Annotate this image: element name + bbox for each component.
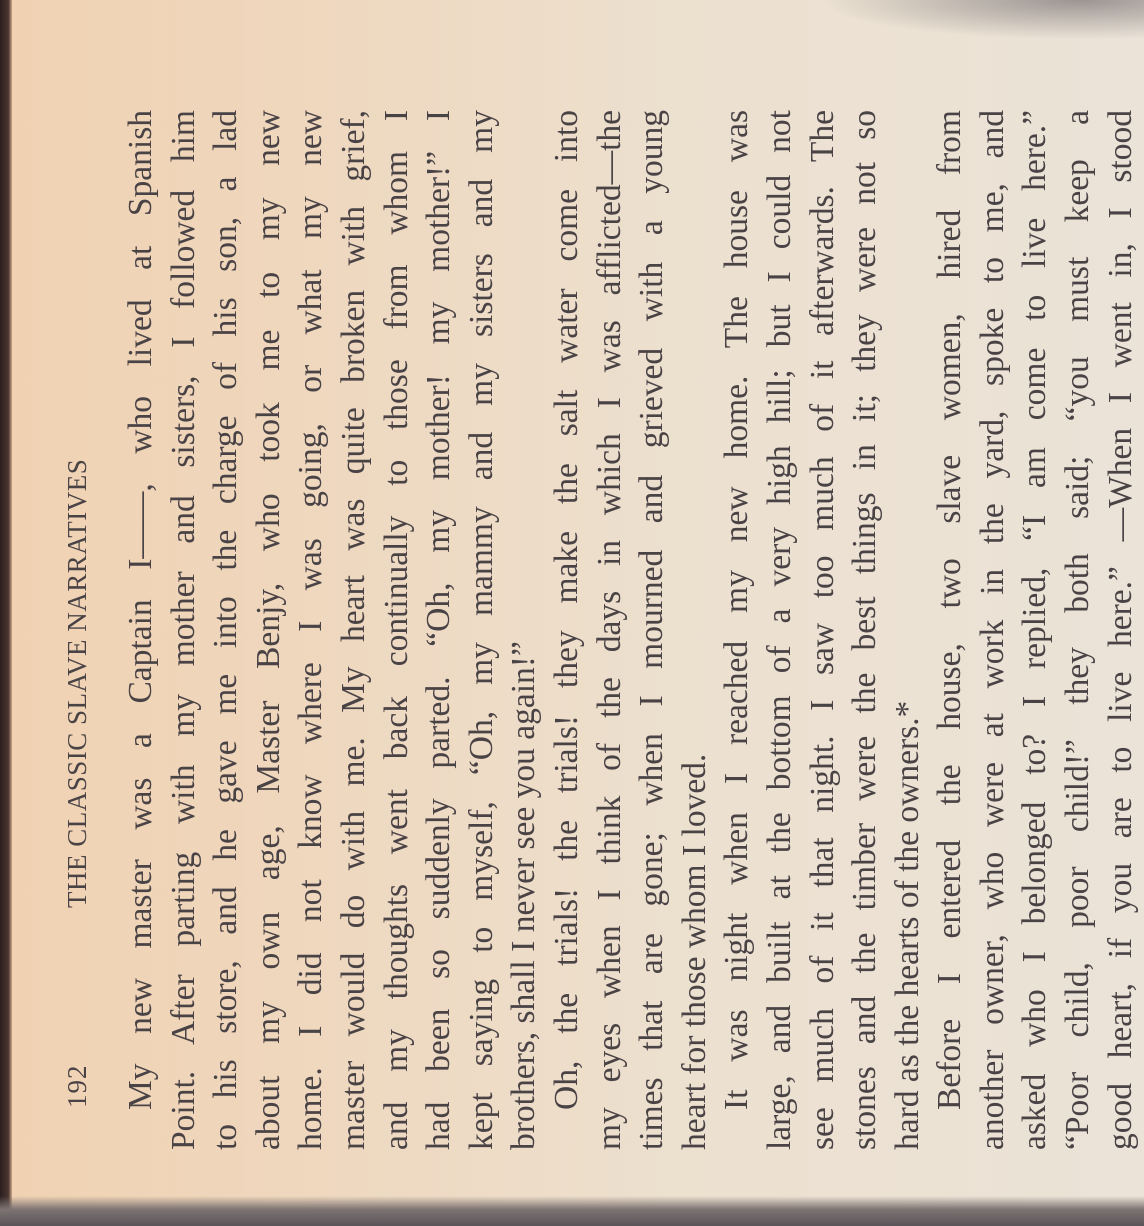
rotated-text-frame: 192 THE CLASSIC SLAVE NARRATIVES My new … [0, 166, 1144, 1226]
page-number: 192 [62, 1065, 93, 1109]
text-line: Point. After parting with my mother and … [163, 110, 206, 1150]
text-line: My new master was a Captain I——, who liv… [120, 110, 163, 1150]
text-line: and my thoughts went back continually to… [376, 110, 419, 1150]
text-line: heart for those whom I loved. [674, 110, 717, 1150]
text-line: see much of it that night. I saw too muc… [802, 110, 845, 1150]
text-line: Oh, the trials! the trials! they make th… [546, 110, 589, 1150]
text-line: hard as the hearts of the owners.* [887, 110, 930, 1150]
text-line: kept saying to myself, “Oh, my mammy and… [461, 110, 504, 1150]
text-line: Before I entered the house, two slave wo… [929, 110, 972, 1150]
body-text: My new master was a Captain I——, who liv… [120, 110, 1144, 1150]
text-line: times that are gone; when I mourned and … [631, 110, 674, 1150]
running-head-title: THE CLASSIC SLAVE NARRATIVES [62, 459, 93, 908]
text-line: about my own age, Master Benjy, who took… [248, 110, 291, 1150]
running-head: 192 THE CLASSIC SLAVE NARRATIVES [62, 166, 102, 1226]
text-line: another owner, who were at work in the y… [972, 110, 1015, 1150]
text-line: brothers, shall I never see you again!” [503, 110, 546, 1150]
text-line: large, and built at the bottom of a very… [759, 110, 802, 1150]
text-line: to his store, and he gave me into the ch… [205, 110, 248, 1150]
text-line: good heart, if you are to live here.” —W… [1100, 110, 1143, 1150]
book-page: 192 THE CLASSIC SLAVE NARRATIVES My new … [0, 0, 1144, 1226]
bottom-edge-shadow [0, 1196, 1144, 1226]
text-line: my eyes when I think of the days in whic… [589, 110, 632, 1150]
page-curl-shadow [820, 0, 1144, 40]
text-line: It was night when I reached my new home.… [716, 110, 759, 1150]
text-line: had been so suddenly parted. “Oh, my mot… [418, 110, 461, 1150]
text-line: asked who I belonged to? I replied, “I a… [1014, 110, 1057, 1150]
text-line: “Poor child, poor child!” they both said… [1057, 110, 1100, 1150]
text-line: home. I did not know where I was going, … [290, 110, 333, 1150]
text-line: stones and the timber were the best thin… [844, 110, 887, 1150]
text-line: master would do with me. My heart was qu… [333, 110, 376, 1150]
